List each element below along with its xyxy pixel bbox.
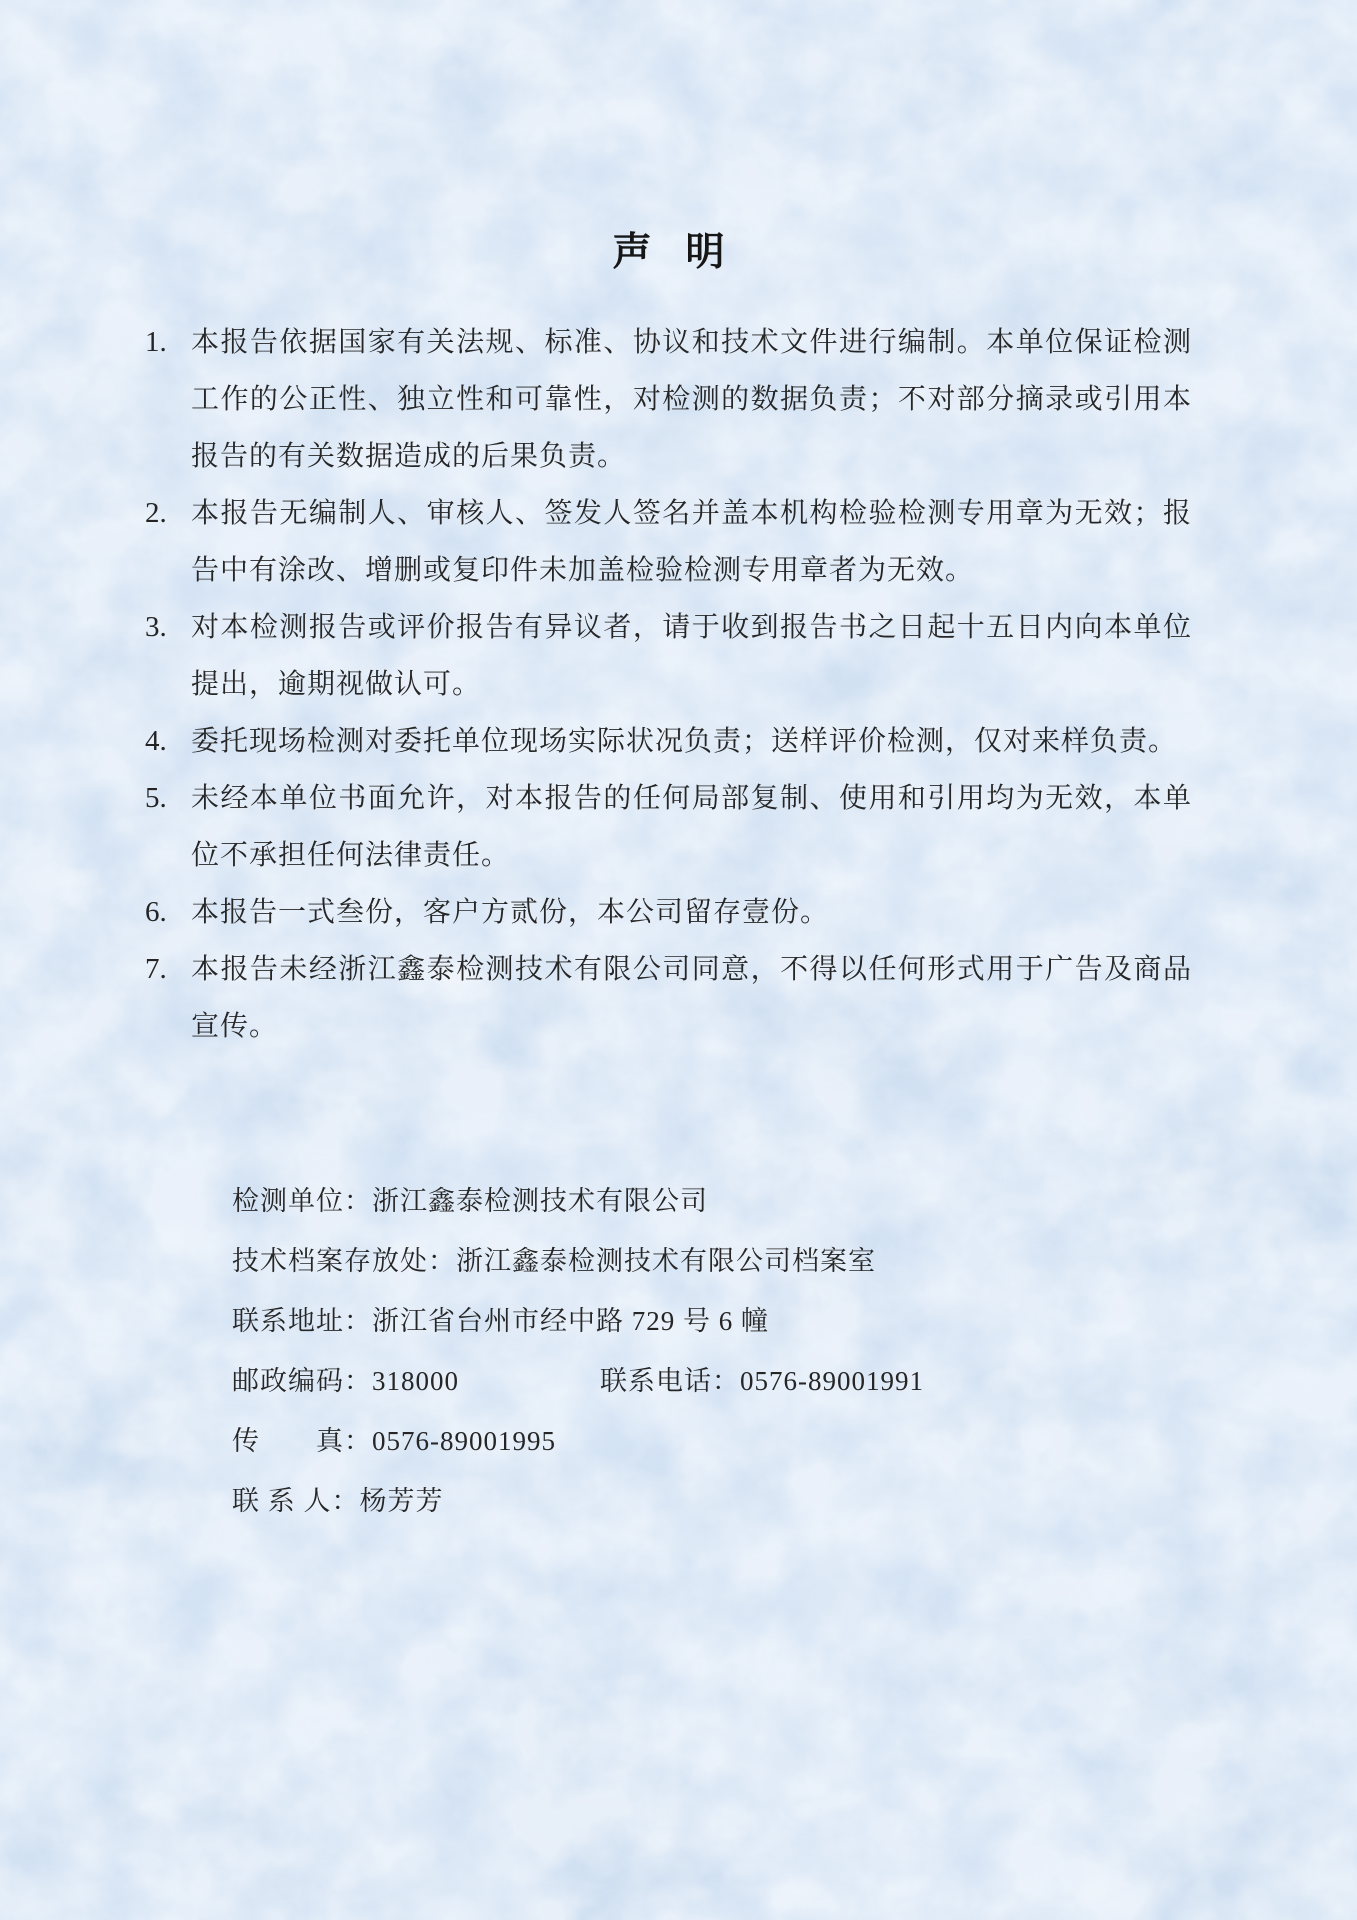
address-label: 联系地址：	[232, 1291, 372, 1351]
contact-person-value: 杨芳芳	[360, 1471, 444, 1531]
declaration-item-3: 3. 对本检测报告或评价报告有异议者，请于收到报告书之日起十五日内向本单位提出，…	[145, 599, 1192, 713]
archive-location-label: 技术档案存放处：	[232, 1231, 456, 1291]
contact-row-testing-unit: 检测单位： 浙江鑫泰检测技术有限公司	[232, 1171, 1192, 1231]
item-text: 委托现场检测对委托单位现场实际状况负责；送样评价检测，仅对来样负责。	[191, 713, 1192, 770]
phone-pair: 联系电话： 0576-89001991	[600, 1351, 924, 1411]
item-text: 本报告依据国家有关法规、标准、协议和技术文件进行编制。本单位保证检测工作的公正性…	[191, 314, 1192, 485]
item-number: 1.	[145, 314, 191, 371]
fax-value: 0576-89001995	[372, 1411, 556, 1471]
item-number: 5.	[145, 770, 191, 827]
declaration-item-5: 5. 未经本单位书面允许，对本报告的任何局部复制、使用和引用均为无效，本单位不承…	[145, 770, 1192, 884]
contact-info-block: 检测单位： 浙江鑫泰检测技术有限公司 技术档案存放处： 浙江鑫泰检测技术有限公司…	[145, 1171, 1192, 1531]
item-number: 2.	[145, 485, 191, 542]
item-number: 6.	[145, 884, 191, 941]
testing-unit-label: 检测单位：	[232, 1171, 372, 1231]
declaration-item-2: 2. 本报告无编制人、审核人、签发人签名并盖本机构检验检测专用章为无效；报告中有…	[145, 485, 1192, 599]
fax-label: 传 真：	[232, 1411, 372, 1471]
contact-row-person: 联 系 人： 杨芳芳	[232, 1471, 1192, 1531]
declaration-item-6: 6. 本报告一式叁份，客户方贰份，本公司留存壹份。	[145, 884, 1192, 941]
item-number: 7.	[145, 941, 191, 998]
testing-unit-value: 浙江鑫泰检测技术有限公司	[372, 1171, 708, 1231]
contact-person-label: 联 系 人：	[232, 1471, 360, 1531]
phone-value: 0576-89001991	[740, 1351, 924, 1411]
item-text: 未经本单位书面允许，对本报告的任何局部复制、使用和引用均为无效，本单位不承担任何…	[191, 770, 1192, 884]
item-text: 本报告无编制人、审核人、签发人签名并盖本机构检验检测专用章为无效；报告中有涂改、…	[191, 485, 1192, 599]
declaration-item-4: 4. 委托现场检测对委托单位现场实际状况负责；送样评价检测，仅对来样负责。	[145, 713, 1192, 770]
item-text: 对本检测报告或评价报告有异议者，请于收到报告书之日起十五日内向本单位提出，逾期视…	[191, 599, 1192, 713]
postcode-value: 318000	[372, 1351, 459, 1411]
postcode-label: 邮政编码：	[232, 1351, 372, 1411]
item-text: 本报告一式叁份，客户方贰份，本公司留存壹份。	[191, 884, 1192, 941]
archive-location-value: 浙江鑫泰检测技术有限公司档案室	[456, 1231, 876, 1291]
item-number: 4.	[145, 713, 191, 770]
page-title: 声 明	[145, 233, 1192, 273]
contact-row-address: 联系地址： 浙江省台州市经中路 729 号 6 幢	[232, 1291, 1192, 1351]
declaration-item-1: 1. 本报告依据国家有关法规、标准、协议和技术文件进行编制。本单位保证检测工作的…	[145, 314, 1192, 485]
item-text: 本报告未经浙江鑫泰检测技术有限公司同意，不得以任何形式用于广告及商品宣传。	[191, 941, 1192, 1055]
contact-row-fax: 传 真： 0576-89001995	[232, 1411, 1192, 1471]
declaration-item-7: 7. 本报告未经浙江鑫泰检测技术有限公司同意，不得以任何形式用于广告及商品宣传。	[145, 941, 1192, 1055]
contact-row-archive-location: 技术档案存放处： 浙江鑫泰检测技术有限公司档案室	[232, 1231, 1192, 1291]
contact-row-postcode-phone: 邮政编码： 318000 联系电话： 0576-89001991	[232, 1351, 1192, 1411]
phone-label: 联系电话：	[600, 1351, 740, 1411]
item-number: 3.	[145, 599, 191, 656]
declaration-page: 声 明 1. 本报告依据国家有关法规、标准、协议和技术文件进行编制。本单位保证检…	[0, 0, 1357, 1531]
address-value: 浙江省台州市经中路 729 号 6 幢	[372, 1291, 769, 1351]
postcode-pair: 邮政编码： 318000	[232, 1351, 600, 1411]
page-title-char-2: 明	[686, 233, 725, 273]
page-title-char-1: 声	[612, 233, 651, 273]
declaration-items-list: 1. 本报告依据国家有关法规、标准、协议和技术文件进行编制。本单位保证检测工作的…	[145, 314, 1192, 1055]
